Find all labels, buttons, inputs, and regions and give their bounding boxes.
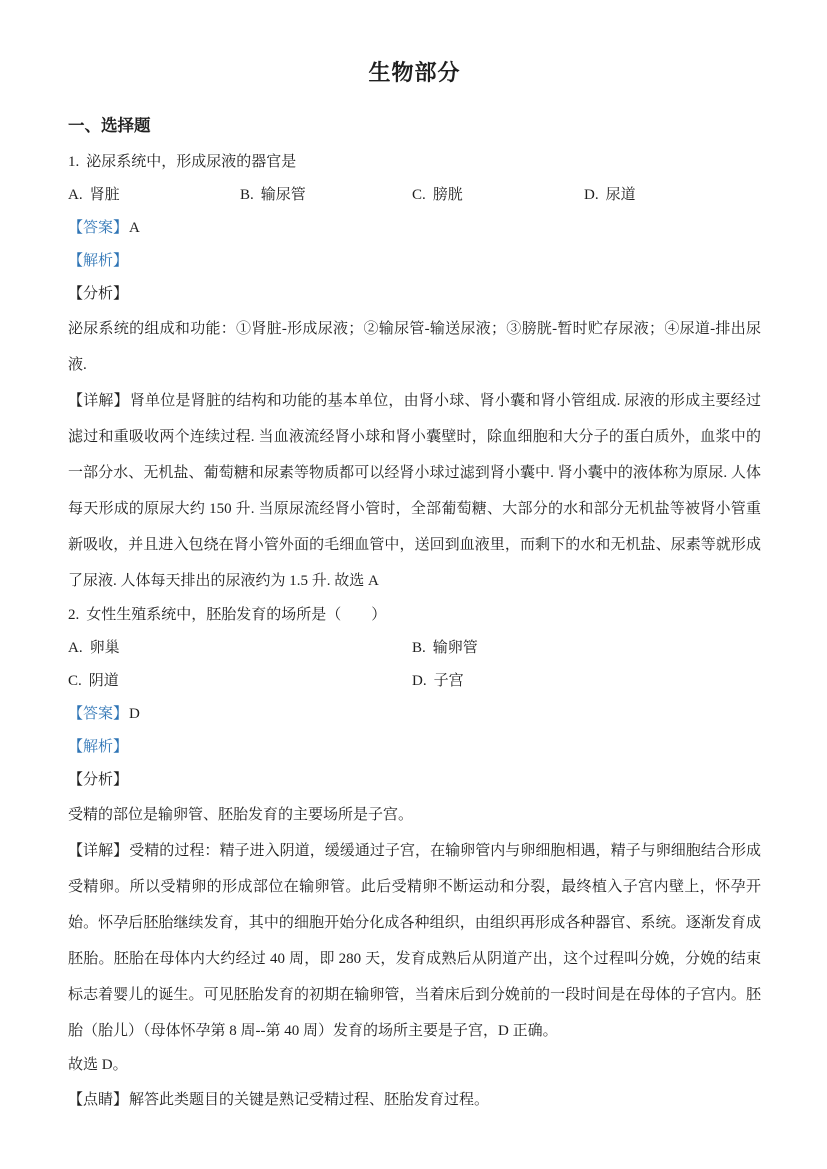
question-1-jiexi-label: 【解析】 [68, 245, 761, 278]
question-2-analysis-text: 受精的部位是输卵管、胚胎发育的主要场所是子宫。 [68, 797, 761, 833]
question-2-stem-text: 女性生殖系统中，胚胎发育的场所是（ ） [86, 607, 386, 623]
question-1-detail-text: 肾单位是肾脏的结构和功能的基本单位，由肾小球、肾小囊和肾小管组成. 尿液的形成主… [68, 393, 761, 589]
option-label: 卵巢 [90, 640, 120, 656]
option-key: A. [68, 187, 83, 203]
answer-bracket-label: 【答案】 [68, 706, 128, 722]
question-2: 2.女性生殖系统中，胚胎发育的场所是（ ） A.卵巢 B.输卵管 C.阴道 D.… [68, 599, 761, 1118]
question-2-answer-line: 【答案】D [68, 698, 761, 731]
document-page: 生物部分 一、选择题 1.泌尿系统中，形成尿液的器官是 A.肾脏 B.输尿管 C… [0, 0, 827, 1169]
option-label: 子宫 [434, 673, 464, 689]
question-1-option-b: B.输尿管 [240, 179, 412, 212]
xiangjie-bracket-label: 【详解】 [68, 843, 128, 859]
question-1-answer-line: 【答案】A [68, 212, 761, 245]
question-2-options: A.卵巢 B.输卵管 C.阴道 D.子宫 [68, 632, 761, 698]
option-key: B. [240, 187, 254, 203]
option-label: 输卵管 [433, 640, 478, 656]
question-1: 1.泌尿系统中，形成尿液的器官是 A.肾脏 B.输尿管 C.膀胱 D.尿道 【答… [68, 146, 761, 599]
option-key: D. [584, 187, 599, 203]
question-1-detail: 【详解】肾单位是肾脏的结构和功能的基本单位，由肾小球、肾小囊和肾小管组成. 尿液… [68, 383, 761, 599]
page-title: 生物部分 [68, 58, 761, 88]
question-2-fenxi-label: 【分析】 [68, 764, 761, 797]
question-1-stem: 1.泌尿系统中，形成尿液的器官是 [68, 146, 761, 179]
section-heading: 一、选择题 [68, 114, 761, 138]
option-key: C. [412, 187, 426, 203]
question-2-tip-text: 解答此类题目的关键是熟记受精过程、胚胎发育过程。 [129, 1092, 489, 1108]
question-2-jiexi-label: 【解析】 [68, 731, 761, 764]
question-2-option-b: B.输卵管 [412, 632, 761, 665]
question-1-number: 1. [68, 154, 79, 170]
question-1-answer-value: A [129, 220, 140, 236]
question-1-fenxi-label: 【分析】 [68, 278, 761, 311]
question-2-answer-value: D [129, 706, 140, 722]
question-2-detail: 【详解】受精的过程：精子进入阴道，缓缓通过子宫，在输卵管内与卵细胞相遇，精子与卵… [68, 833, 761, 1049]
option-label: 输尿管 [261, 187, 306, 203]
option-label: 阴道 [89, 673, 119, 689]
question-2-stem: 2.女性生殖系统中，胚胎发育的场所是（ ） [68, 599, 761, 632]
question-2-option-c: C.阴道 [68, 665, 412, 698]
question-1-option-a: A.肾脏 [68, 179, 240, 212]
option-label: 肾脏 [90, 187, 120, 203]
question-2-conclusion: 故选 D。 [68, 1049, 761, 1082]
question-2-detail-text: 受精的过程：精子进入阴道，缓缓通过子宫，在输卵管内与卵细胞相遇，精子与卵细胞结合… [68, 843, 761, 1039]
dianjing-bracket-label: 【点睛】 [68, 1092, 128, 1108]
question-1-option-d: D.尿道 [584, 179, 761, 212]
question-1-analysis-text: 泌尿系统的组成和功能：①肾脏-形成尿液；②输尿管-输送尿液；③膀胱-暂时贮存尿液… [68, 311, 761, 383]
question-2-option-a: A.卵巢 [68, 632, 412, 665]
option-key: B. [412, 640, 426, 656]
option-label: 尿道 [606, 187, 636, 203]
question-1-stem-text: 泌尿系统中，形成尿液的器官是 [86, 154, 296, 170]
option-key: D. [412, 673, 427, 689]
question-1-option-c: C.膀胱 [412, 179, 584, 212]
option-label: 膀胱 [433, 187, 463, 203]
question-2-number: 2. [68, 607, 79, 623]
xiangjie-bracket-label: 【详解】 [68, 393, 129, 409]
answer-bracket-label: 【答案】 [68, 220, 128, 236]
question-2-tip: 【点睛】解答此类题目的关键是熟记受精过程、胚胎发育过程。 [68, 1082, 761, 1118]
option-key: A. [68, 640, 83, 656]
question-1-options: A.肾脏 B.输尿管 C.膀胱 D.尿道 [68, 179, 761, 212]
question-2-option-d: D.子宫 [412, 665, 761, 698]
option-key: C. [68, 673, 82, 689]
